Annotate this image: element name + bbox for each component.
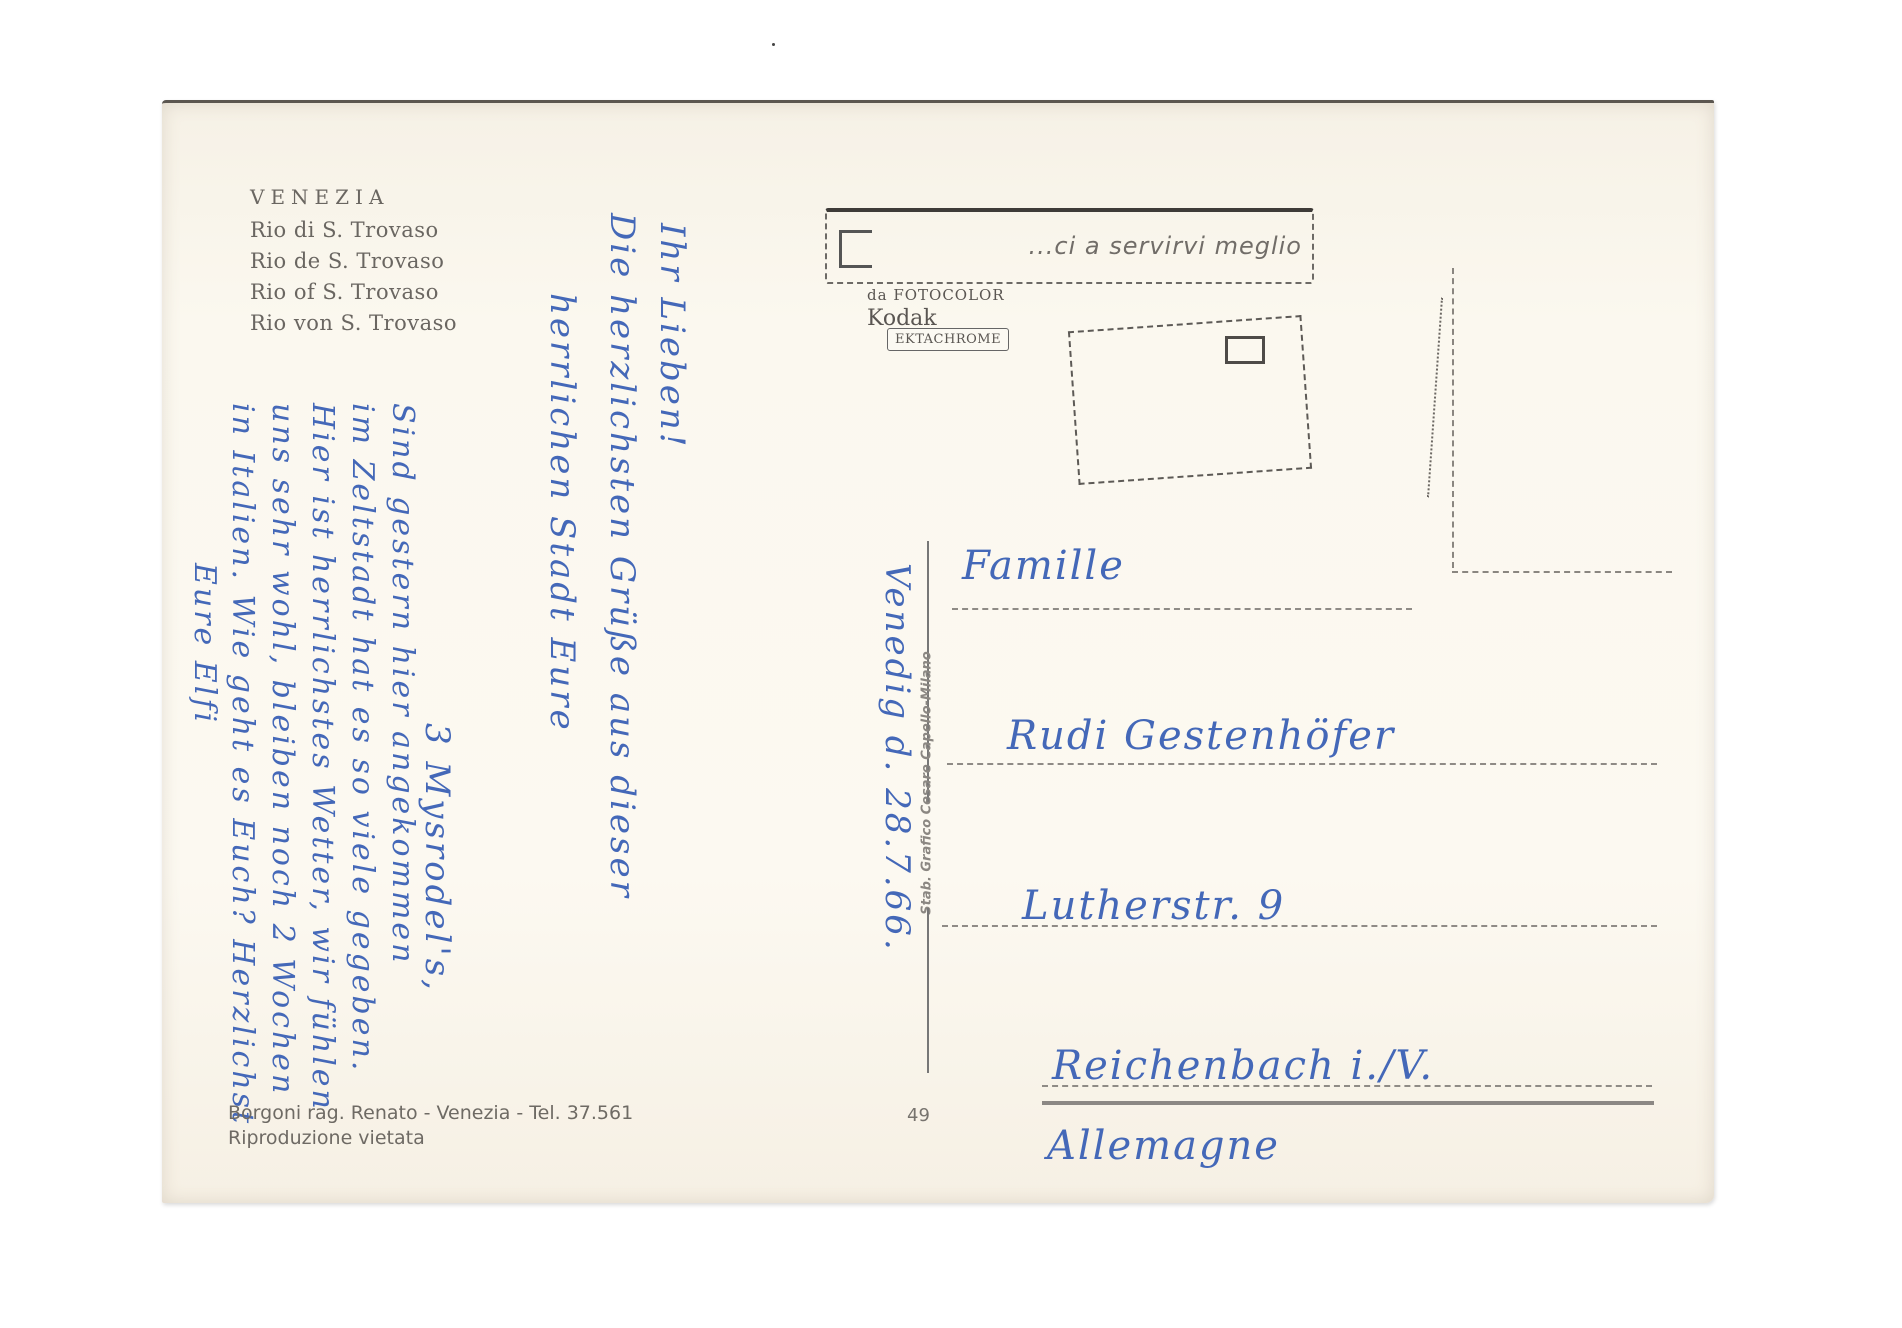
message-date-line: Venedig d. 28.7.66. bbox=[877, 563, 917, 953]
caption-line-french: Rio de S. Trovaso bbox=[250, 246, 457, 277]
caption-line-italian: Rio di S. Trovaso bbox=[250, 215, 457, 246]
printed-caption: VENEZIA Rio di S. Trovaso Rio de S. Trov… bbox=[250, 185, 457, 339]
message-line: in Italien. Wie geht es Euch? Herzlichst bbox=[225, 403, 260, 1126]
postmark-stamp-outline-icon bbox=[1225, 336, 1265, 364]
message-line: Die herzlichsten Grüße aus dieser bbox=[602, 213, 642, 900]
stamp-area bbox=[1452, 268, 1672, 573]
postmark-envelope-outline-icon bbox=[1068, 315, 1312, 485]
message-line: im Zeltstadt hat es so viele gegeben. bbox=[345, 403, 380, 1073]
address-rule-solid bbox=[1042, 1101, 1654, 1105]
address-line-1: Famille bbox=[962, 543, 1125, 589]
printer-credit: Stab. Grafico Cesare Capello-Milano bbox=[914, 663, 940, 903]
address-line-3: Lutherstr. 9 bbox=[1022, 883, 1285, 929]
cancellation-postmark: ...ci a servirvi meglio da FOTOCOLOR Kod… bbox=[825, 208, 1315, 498]
fotocolor-mark: da FOTOCOLOR Kodak EKTACHROME bbox=[867, 286, 1005, 331]
address-rule-1 bbox=[952, 608, 1412, 610]
stamp-area-left-edge bbox=[1452, 268, 1454, 568]
dust-speck bbox=[772, 43, 775, 46]
fotocolor-label: da FOTOCOLOR bbox=[867, 286, 1005, 304]
address-rule-2 bbox=[947, 763, 1657, 765]
postmark-slogan-box: ...ci a servirvi meglio bbox=[825, 208, 1314, 284]
stamp-area-bottom-edge bbox=[1452, 571, 1672, 573]
address-rule-3 bbox=[942, 925, 1657, 927]
message-signature: Eure Elfi bbox=[187, 563, 222, 725]
address-line-4: Reichenbach i./V. bbox=[1052, 1043, 1434, 1089]
postmark-box-icon bbox=[839, 230, 872, 268]
publisher-line: Borgoni rag. Renato - Venezia - Tel. 37.… bbox=[228, 1101, 633, 1126]
address-line-2: Rudi Gestenhöfer bbox=[1007, 713, 1395, 759]
message-line: 3 Mysrodel's, bbox=[417, 723, 457, 993]
address-line-5: Allemagne bbox=[1047, 1123, 1280, 1169]
caption-city: VENEZIA bbox=[250, 185, 457, 209]
publisher-imprint: Borgoni rag. Renato - Venezia - Tel. 37.… bbox=[228, 1101, 633, 1151]
message-line: herrlichen Stadt Eure bbox=[542, 293, 582, 733]
caption-line-german: Rio von S. Trovaso bbox=[250, 308, 457, 339]
postcard-back: VENEZIA Rio di S. Trovaso Rio de S. Trov… bbox=[162, 100, 1714, 1203]
address-rule-4 bbox=[1042, 1085, 1652, 1087]
message-greeting: Ihr Lieben! bbox=[652, 223, 692, 449]
reproduction-notice: Riproduzione vietata bbox=[228, 1126, 633, 1151]
printer-credit-text: Stab. Grafico Cesare Capello-Milano bbox=[920, 651, 935, 914]
ektachrome-label: EKTACHROME bbox=[887, 328, 1009, 351]
center-divider-lower bbox=[927, 908, 929, 1073]
card-number: 49 bbox=[907, 1105, 930, 1126]
message-line: Sind gestern hier angekommen bbox=[385, 403, 420, 966]
postmark-slogan: ...ci a servirvi meglio bbox=[1029, 232, 1303, 260]
message-line: Hier ist herrlichstes Wetter, wir fühlen bbox=[305, 403, 340, 1112]
message-line: uns sehr wohl, bleiben noch 2 Wochen bbox=[265, 403, 300, 1096]
caption-line-english: Rio of S. Trovaso bbox=[250, 277, 457, 308]
